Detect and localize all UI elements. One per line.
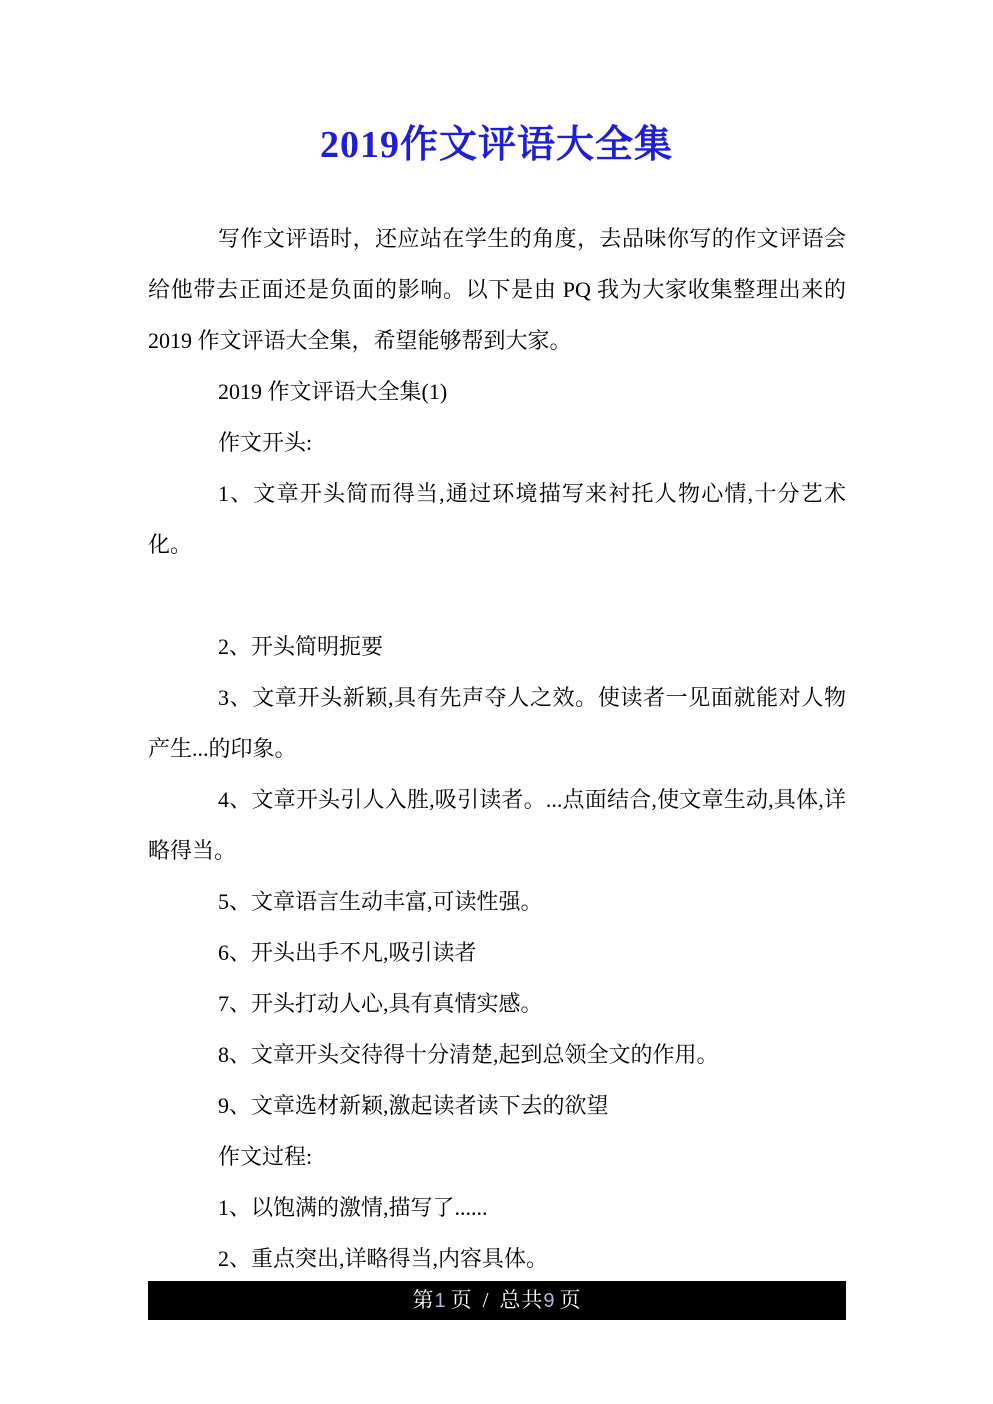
list-item-opening-1: 1、文章开头简而得当,通过环境描写来衬托人物心情,十分艺术化。	[148, 468, 846, 570]
paragraph-intro: 写作文评语时，还应站在学生的角度，去品味你写的作文评语会给他带去正面还是负面的影…	[148, 213, 846, 366]
footer-page-label: 页	[451, 1288, 473, 1312]
document-page: { "title": { "text": "2019作文评语大全集", "col…	[0, 0, 993, 1404]
footer-separator: /	[483, 1288, 490, 1312]
heading-collection-part-1: 2019 作文评语大全集(1)	[148, 366, 846, 417]
list-item-opening-4: 4、文章开头引人入胜,吸引读者。...点面结合,使文章生动,具体,详略得当。	[148, 774, 846, 876]
list-item-process-1: 1、以饱满的激情,描写了......	[148, 1182, 846, 1233]
page-footer: 第1页/总共9页	[148, 1281, 846, 1320]
footer-total-pages: 9	[543, 1290, 555, 1312]
list-item-opening-6: 6、开头出手不凡,吸引读者	[148, 927, 846, 978]
list-item-opening-5: 5、文章语言生动丰富,可读性强。	[148, 876, 846, 927]
list-item-opening-2: 2、开头简明扼要	[148, 621, 846, 672]
heading-essay-opening: 作文开头:	[148, 417, 846, 468]
footer-total-label: 总共	[499, 1288, 543, 1312]
heading-essay-process: 作文过程:	[148, 1131, 846, 1182]
document-body: 写作文评语时，还应站在学生的角度，去品味你写的作文评语会给他带去正面还是负面的影…	[0, 213, 993, 1335]
footer-current-page: 1	[434, 1290, 446, 1312]
list-item-opening-3: 3、文章开头新颖,具有先声夺人之效。使读者一见面就能对人物产生...的印象。	[148, 672, 846, 774]
list-item-opening-8: 8、文章开头交待得十分清楚,起到总领全文的作用。	[148, 1029, 846, 1080]
blank-line	[148, 570, 846, 621]
page-title: 2019作文评语大全集	[0, 0, 993, 170]
list-item-opening-7: 7、开头打动人心,具有真情实感。	[148, 978, 846, 1029]
list-item-opening-9: 9、文章选材新颖,激起读者读下去的欲望	[148, 1080, 846, 1131]
footer-page-prefix: 第	[412, 1288, 434, 1312]
footer-page-suffix: 页	[560, 1288, 582, 1312]
list-item-process-2: 2、重点突出,详略得当,内容具体。	[148, 1233, 846, 1284]
